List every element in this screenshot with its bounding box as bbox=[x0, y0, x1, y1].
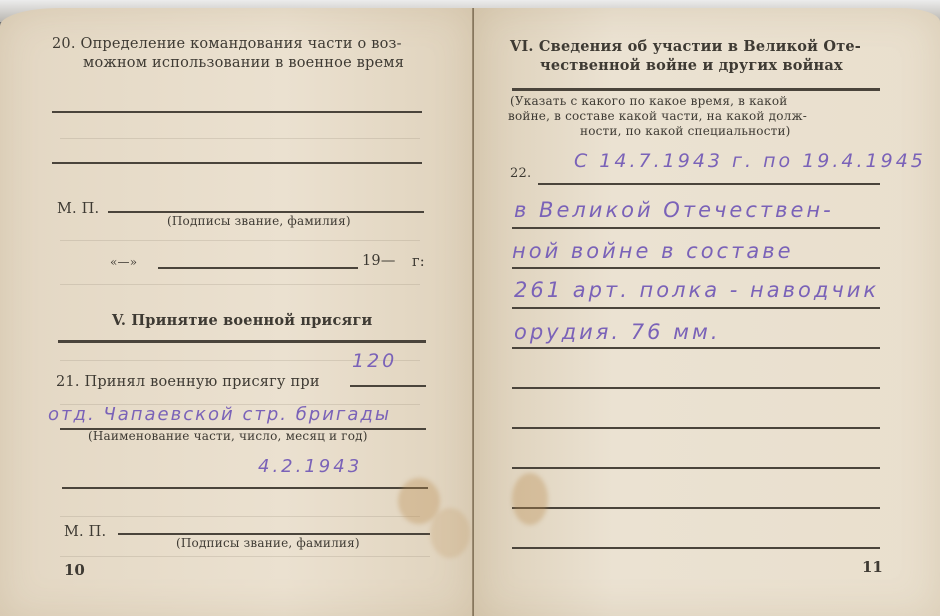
unit-caption: (Наименование части, число, месяц и год) bbox=[88, 429, 368, 443]
answer-line bbox=[512, 507, 880, 509]
ruled-line bbox=[60, 556, 430, 557]
date-month-line bbox=[158, 267, 358, 269]
handwritten-line-2: в Великой Отечествен- bbox=[514, 198, 834, 222]
ruled-line bbox=[60, 240, 420, 241]
ruled-line bbox=[60, 138, 420, 139]
instruction-line2: войне, в составе какой части, на какой д… bbox=[508, 109, 807, 123]
section-divider bbox=[512, 88, 880, 91]
handwritten-line-4: 261 арт. полка - наводчик bbox=[514, 278, 879, 302]
item-20-line1: 20. Определение командования части о воз… bbox=[52, 36, 402, 52]
item-20-line2: можном использовании в военное время bbox=[83, 55, 404, 71]
section-v-heading: V. Принятие военной присяги bbox=[112, 312, 373, 329]
ruled-line bbox=[60, 284, 420, 285]
handwritten-unit-name: отд. Чапаевской стр. бригады bbox=[48, 404, 391, 425]
answer-line bbox=[512, 427, 880, 429]
item-21-label: 21. Принял военную присягу при bbox=[56, 374, 320, 390]
section-vi-heading-line1: VI. Сведения об участии в Великой Оте- bbox=[510, 38, 861, 55]
water-stain bbox=[430, 508, 470, 558]
answer-line bbox=[512, 547, 880, 549]
answer-line bbox=[512, 347, 880, 349]
item-22-number: 22. bbox=[510, 166, 531, 181]
answer-line bbox=[512, 387, 880, 389]
ruled-line bbox=[60, 516, 420, 517]
handwritten-line-5: орудия. 76 мм. bbox=[514, 320, 721, 344]
year-prefix: 19— bbox=[362, 253, 396, 269]
right-page: VI. Сведения об участии в Великой Оте- ч… bbox=[474, 8, 940, 616]
instruction-line3: ности, по какой специальности) bbox=[580, 124, 791, 138]
handwritten-line-1: С 14.7.1943 г. по 19.4.1945 bbox=[574, 150, 926, 172]
date-day-field: «—» bbox=[110, 255, 137, 269]
answer-line bbox=[350, 385, 426, 387]
signature-caption: (Подписы звание, фамилия) bbox=[176, 536, 360, 550]
answer-line bbox=[512, 467, 880, 469]
stamp-label: М. П. bbox=[64, 524, 106, 540]
year-suffix: г: bbox=[412, 254, 425, 270]
section-vi-heading-line2: чественной войне и других войнах bbox=[540, 57, 843, 74]
stamp-label: М. П. bbox=[57, 201, 99, 217]
answer-line bbox=[52, 162, 422, 164]
signature-line bbox=[118, 533, 430, 535]
left-page: 20. Определение командования части о воз… bbox=[0, 8, 474, 616]
answer-line bbox=[62, 487, 428, 489]
answer-line bbox=[512, 227, 880, 229]
section-divider bbox=[58, 340, 426, 343]
water-stain bbox=[512, 473, 548, 525]
handwritten-line-3: ной войне в составе bbox=[512, 239, 794, 263]
page-number-right: 11 bbox=[862, 558, 883, 576]
signature-line bbox=[108, 211, 424, 213]
handwritten-unit-number: 120 bbox=[352, 350, 397, 372]
handwritten-oath-date: 4.2.1943 bbox=[258, 456, 362, 477]
signature-caption: (Подписы звание, фамилия) bbox=[167, 214, 351, 228]
answer-line bbox=[538, 183, 880, 185]
page-number-left: 10 bbox=[64, 561, 85, 579]
answer-line bbox=[52, 111, 422, 113]
answer-line bbox=[512, 307, 880, 309]
answer-line bbox=[512, 267, 880, 269]
instruction-line1: (Указать с какого по какое время, в како… bbox=[510, 94, 788, 108]
